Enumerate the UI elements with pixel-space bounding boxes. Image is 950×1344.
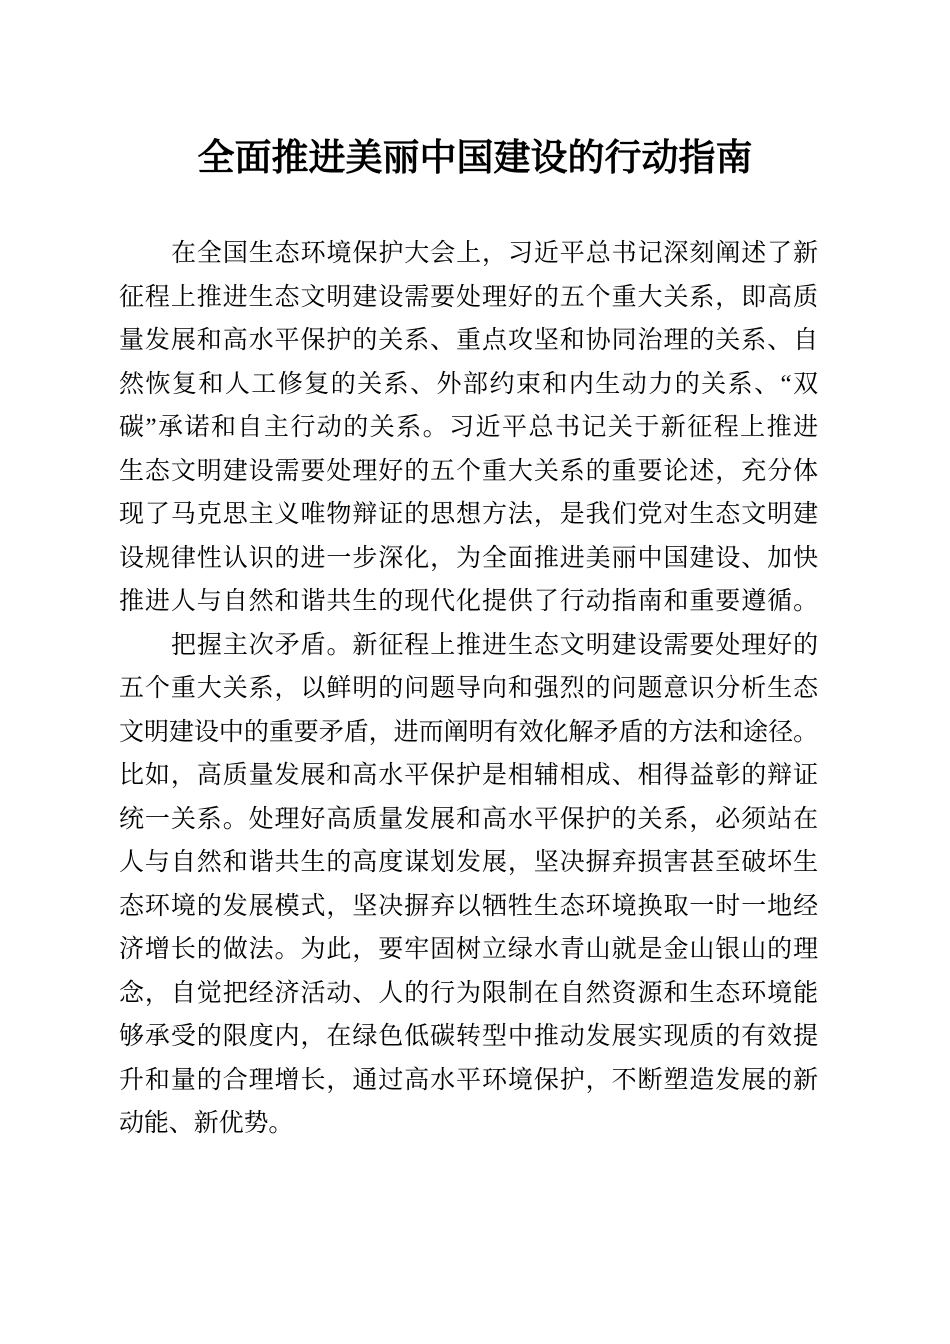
text-line: 推进人与自然和谐共生的现代化提供了行动指南和重要遵循。 — [119, 580, 818, 624]
text-line: 设规律性认识的进一步深化，为全面推进美丽中国建设、加快 — [119, 537, 818, 581]
text-line: 量发展和高水平保护的关系、重点攻坚和协同治理的关系、自 — [119, 319, 818, 363]
paragraph: 把握主次矛盾。新征程上推进生态文明建设需要处理好的 五个重大关系，以鲜明的问题导… — [119, 624, 818, 1146]
paragraph: 在全国生态环境保护大会上，习近平总书记深刻阐述了新 征程上推进生态文明建设需要处… — [119, 232, 818, 624]
text-line: 态环境的发展模式，坚决摒弃以牺牲生态环境换取一时一地经 — [119, 885, 818, 929]
document-page: 全面推进美丽中国建设的行动指南 在全国生态环境保护大会上，习近平总书记深刻阐述了… — [0, 0, 950, 1344]
text-line: 在全国生态环境保护大会上，习近平总书记深刻阐述了新 — [119, 232, 818, 276]
text-line: 人与自然和谐共生的高度谋划发展，坚决摒弃损害甚至破坏生 — [119, 841, 818, 885]
text-line: 升和量的合理增长，通过高水平环境保护，不断塑造发展的新 — [119, 1059, 818, 1103]
text-line: 比如，高质量发展和高水平保护是相辅相成、相得益彰的辩证 — [119, 754, 818, 798]
text-line: 现了马克思主义唯物辩证的思想方法，是我们党对生态文明建 — [119, 493, 818, 537]
text-line: 济增长的做法。为此，要牢固树立绿水青山就是金山银山的理 — [119, 928, 818, 972]
text-line: 动能、新优势。 — [119, 1102, 818, 1146]
text-line: 生态文明建设需要处理好的五个重大关系的重要论述，充分体 — [119, 450, 818, 494]
document-body: 在全国生态环境保护大会上，习近平总书记深刻阐述了新 征程上推进生态文明建设需要处… — [119, 232, 818, 1146]
text-line: 征程上推进生态文明建设需要处理好的五个重大关系，即高质 — [119, 276, 818, 320]
text-line: 够承受的限度内，在绿色低碳转型中推动发展实现质的有效提 — [119, 1015, 818, 1059]
text-line: 文明建设中的重要矛盾，进而阐明有效化解矛盾的方法和途径。 — [119, 711, 818, 755]
text-line: 念，自觉把经济活动、人的行为限制在自然资源和生态环境能 — [119, 972, 818, 1016]
text-line: 然恢复和人工修复的关系、外部约束和内生动力的关系、“双 — [119, 363, 818, 407]
text-line: 统一关系。处理好高质量发展和高水平保护的关系，必须站在 — [119, 798, 818, 842]
document-title: 全面推进美丽中国建设的行动指南 — [0, 132, 950, 182]
text-line: 把握主次矛盾。新征程上推进生态文明建设需要处理好的 — [119, 624, 818, 668]
text-line: 碳”承诺和自主行动的关系。习近平总书记关于新征程上推进 — [119, 406, 818, 450]
text-line: 五个重大关系，以鲜明的问题导向和强烈的问题意识分析生态 — [119, 667, 818, 711]
